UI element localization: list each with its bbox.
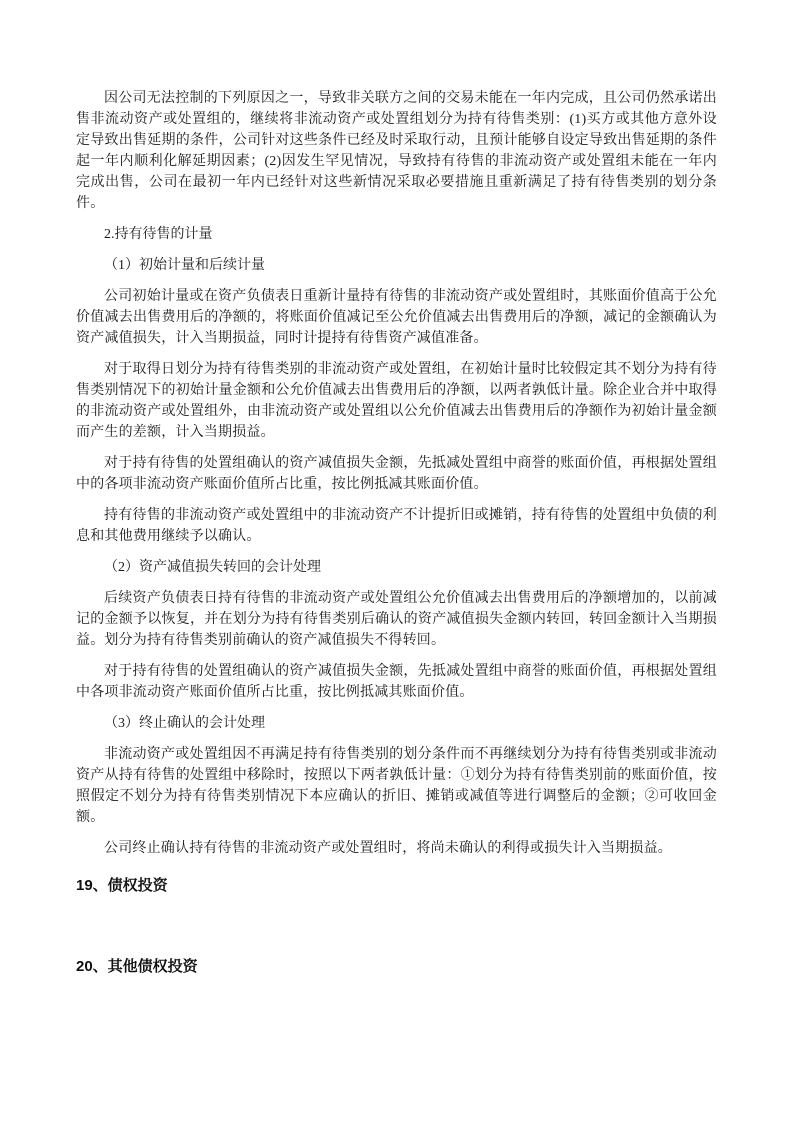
sub-item-impairment-loss-reversal: （2）资产减值损失转回的会计处理 [76,557,717,578]
paragraph-reclassification-measurement: 非流动资产或处置组因不再满足持有待售类别的划分条件而不再继续划分为持有待售类别或… [76,744,717,828]
paragraph-derecognition-gain-loss: 公司终止确认持有待售的非流动资产或处置组时，将尚未确认的利得或损失计入当期损益。 [76,838,717,859]
paragraph-impairment-allocation-proportional: 对于持有待售的处置组确认的资产减值损失金额，先抵减处置组中商誉的账面价值，再根据… [76,661,717,703]
sub-item-initial-and-subsequent-measurement: （1）初始计量和后续计量 [76,255,717,276]
paragraph-subsequent-reversal: 后续资产负债表日持有待售的非流动资产或处置组公允价值减去出售费用后的净额增加的，… [76,588,717,651]
heading-19-debt-investments: 19、债权投资 [76,875,717,896]
paragraph-impairment-allocation-goodwill: 对于持有待售的处置组确认的资产减值损失金额，先抵减处置组中商誉的账面价值，再根据… [76,453,717,495]
sub-item-derecognition-accounting: （3）终止确认的会计处理 [76,713,717,734]
paragraph-acquisition-date-classification: 对于取得日划分为持有待售类别的非流动资产或处置组，在初始计量时比较假定其不划分为… [76,359,717,443]
document-page: 因公司无法控制的下列原因之一，导致非关联方之间的交易未能在一年内完成，且公司仍然… [0,0,793,1122]
paragraph-no-depreciation-amortization: 持有待售的非流动资产或处置组中的非流动资产不计提折旧或摊销，持有待售的处置组中负… [76,505,717,547]
paragraph-held-for-sale-delay-conditions: 因公司无法控制的下列原因之一，导致非关联方之间的交易未能在一年内完成，且公司仍然… [76,88,717,214]
paragraph-initial-measurement-writedown: 公司初始计量或在资产负债表日重新计量持有待售的非流动资产或处置组时，其账面价值高… [76,286,717,349]
heading-20-other-debt-investments: 20、其他债权投资 [76,956,717,977]
numbered-item-measurement-of-held-for-sale: 2.持有待售的计量 [76,224,717,245]
